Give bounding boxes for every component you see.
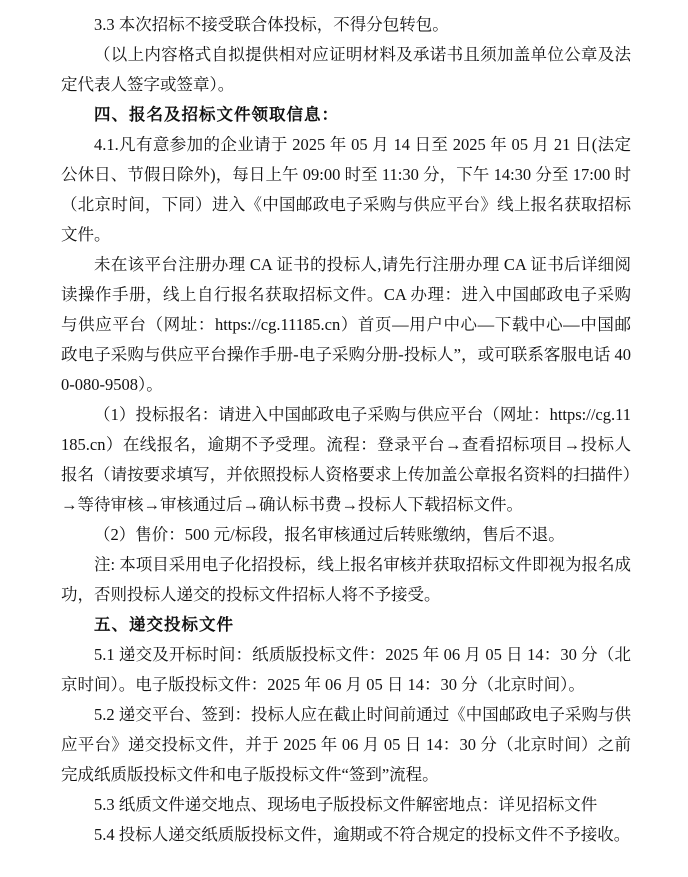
clause-3-3: 3.3 本次招标不接受联合体投标，不得分包转包。 <box>61 10 631 40</box>
clause-5-1-submission-time: 5.1 递交及开标时间：纸质版投标文件：2025 年 06 月 05 日 14：… <box>61 640 631 700</box>
item-2-document-price: （2）售价：500 元/标段，报名审核通过后转账缴纳，售后不退。 <box>61 520 631 550</box>
section-5-heading: 五、递交投标文件 <box>61 610 631 640</box>
paragraph-ca-certificate: 未在该平台注册办理 CA 证书的投标人,请先行注册办理 CA 证书后详细阅读操作… <box>61 250 631 400</box>
clause-5-2-submission-platform: 5.2 递交平台、签到：投标人应在截止时间前通过《中国邮政电子采购与供应平台》递… <box>61 700 631 790</box>
item-1-bid-registration: （1）投标报名：请进入中国邮政电子采购与供应平台（网址：https://cg.1… <box>61 400 631 520</box>
section-4-heading: 四、报名及招标文件领取信息： <box>61 100 631 130</box>
note-electronic-bidding: 注: 本项目采用电子化招投标，线上报名审核并获取招标文件即视为报名成功，否则投标… <box>61 550 631 610</box>
clause-5-3-submission-location: 5.3 纸质文件递交地点、现场电子版投标文件解密地点：详见招标文件 <box>61 790 631 820</box>
document-body: 3.3 本次招标不接受联合体投标，不得分包转包。 （以上内容格式自拟提供相对应证… <box>61 10 631 850</box>
clause-5-4-late-submission: 5.4 投标人递交纸质版投标文件，逾期或不符合规定的投标文件不予接收。 <box>61 820 631 850</box>
clause-4-1-registration-period: 4.1.凡有意参加的企业请于 2025 年 05 月 14 日至 2025 年 … <box>61 130 631 250</box>
document-page: 3.3 本次招标不接受联合体投标，不得分包转包。 （以上内容格式自拟提供相对应证… <box>0 0 688 877</box>
note-format-requirements: （以上内容格式自拟提供相对应证明材料及承诺书且须加盖单位公章及法定代表人签字或签… <box>61 40 631 100</box>
